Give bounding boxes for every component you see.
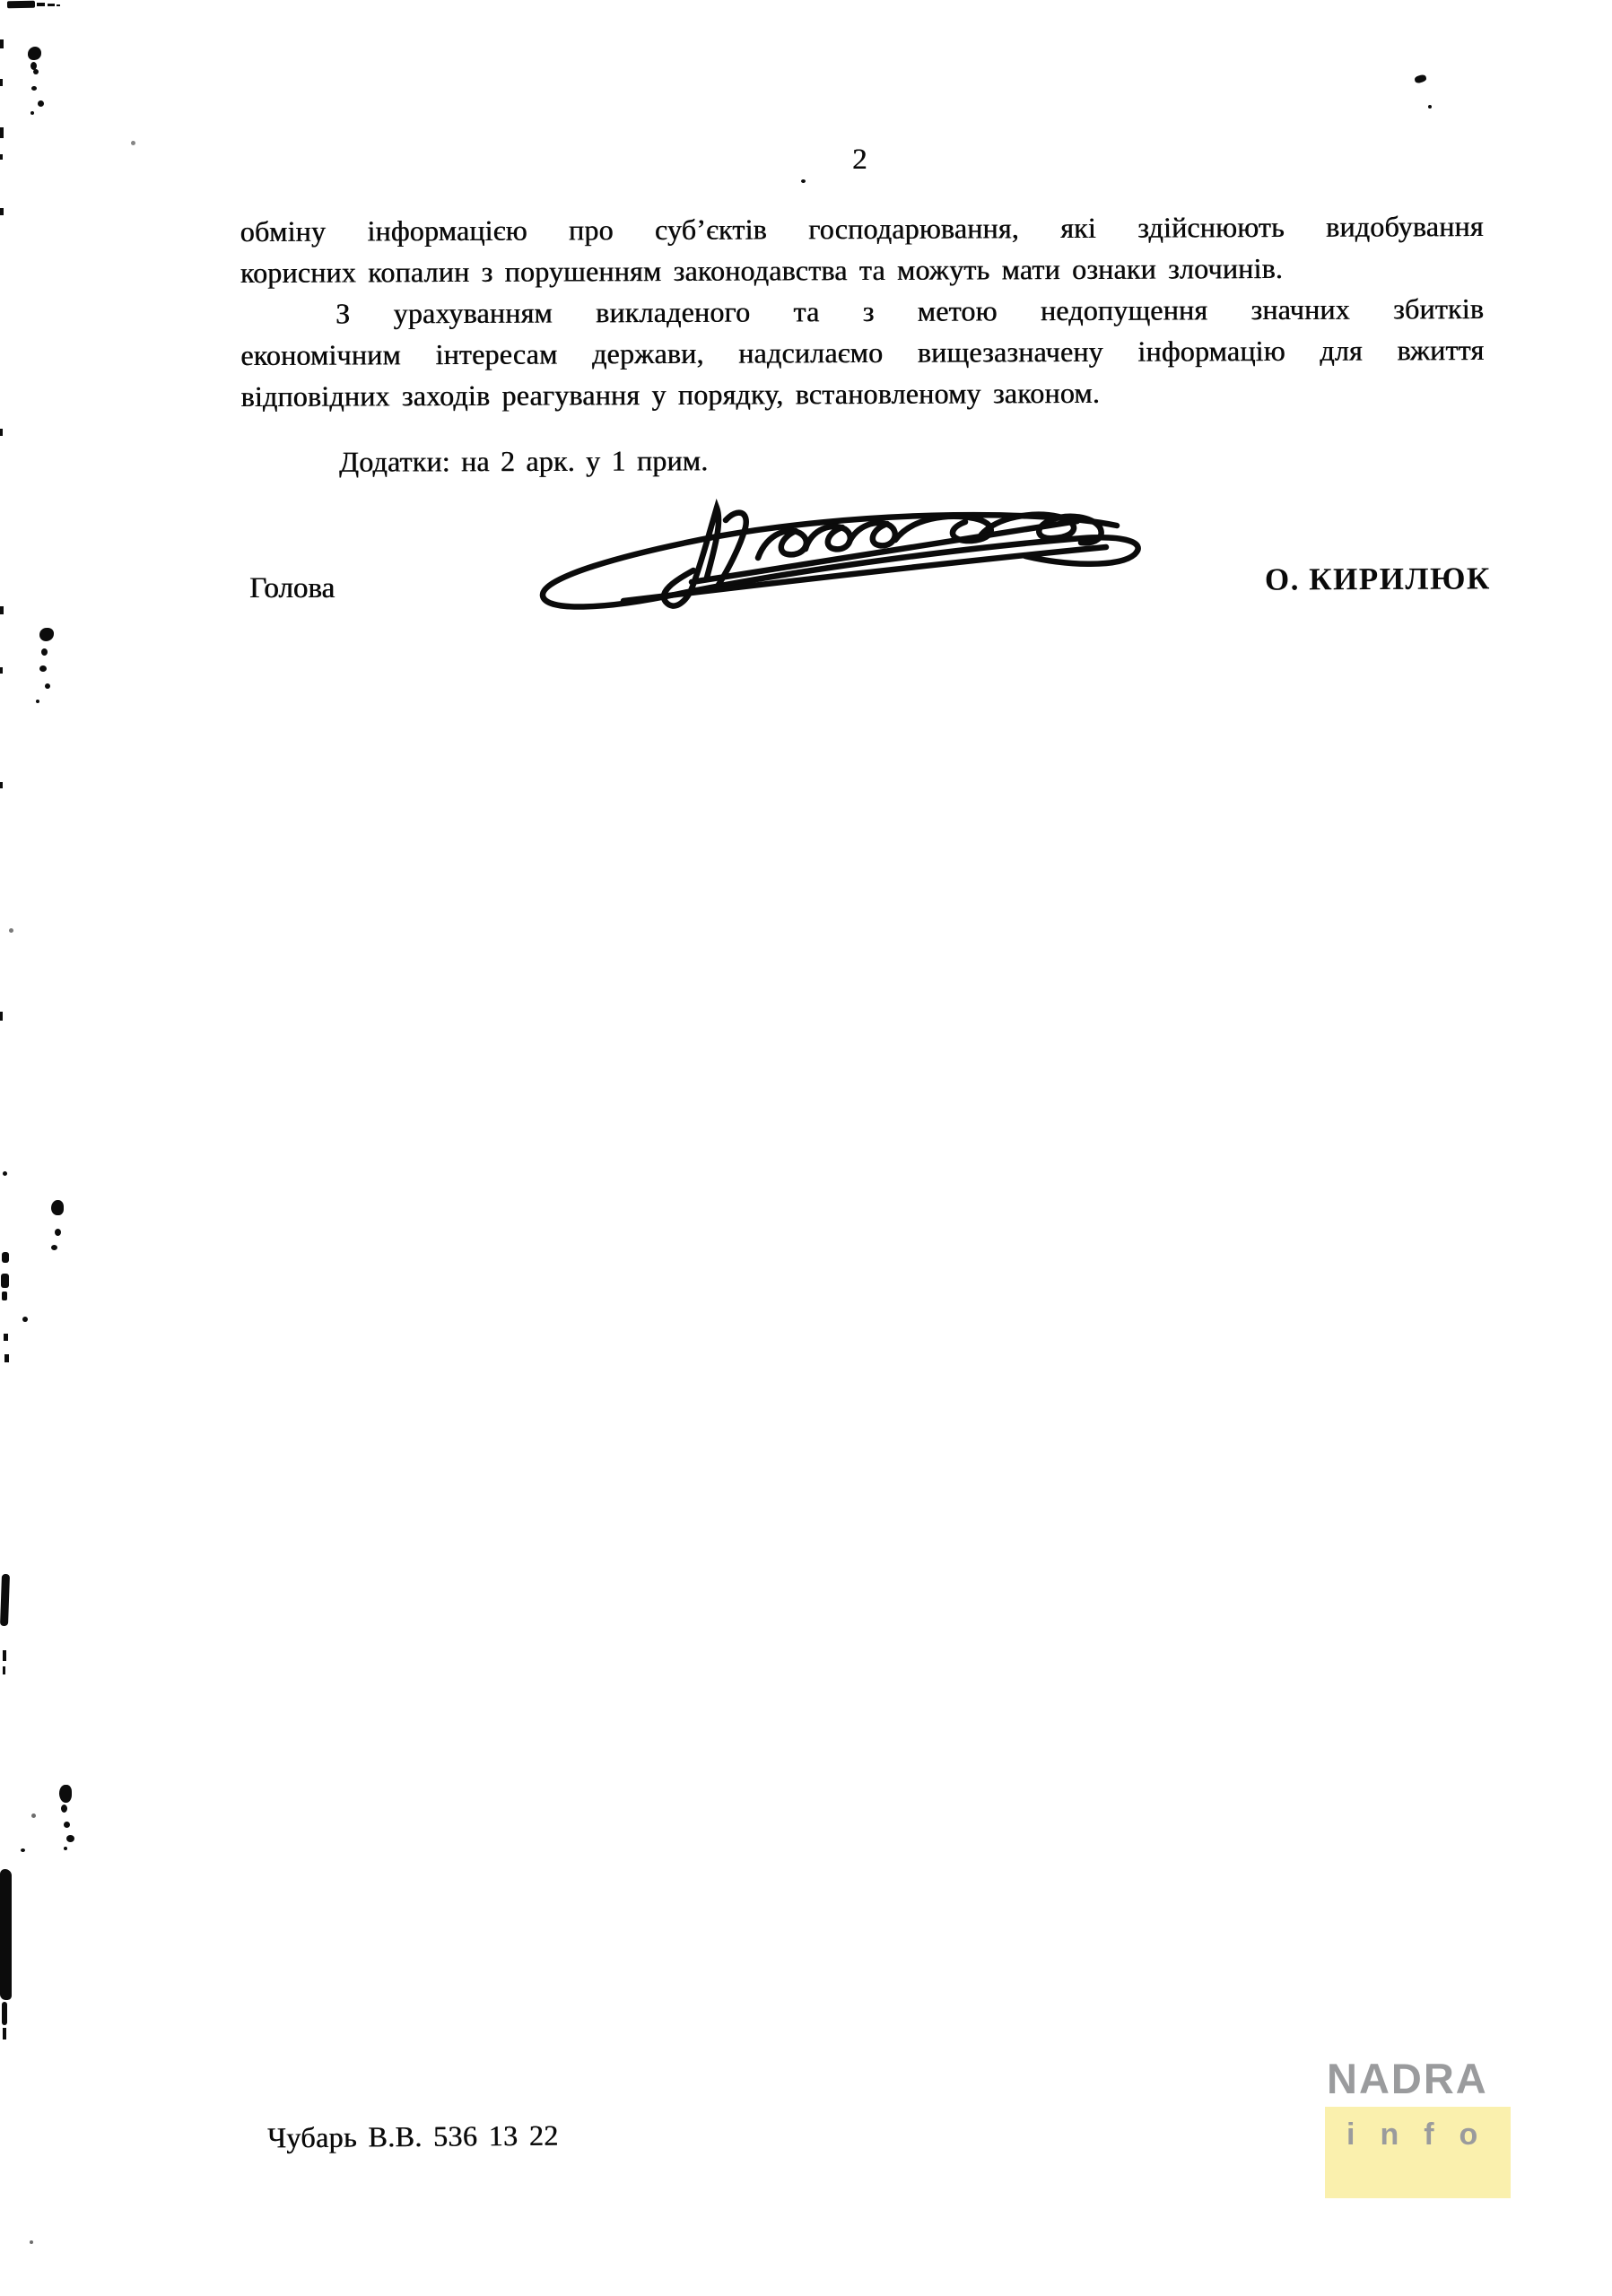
scan-artifact — [1414, 74, 1427, 83]
scan-artifact — [0, 606, 4, 614]
scan-artifact — [0, 1012, 3, 1021]
scan-artifact — [37, 3, 45, 6]
scanned-document-page: 2 обміну інформацією про суб’єктів госпо… — [0, 0, 1612, 2296]
scan-artifact — [801, 179, 806, 183]
scan-artifact — [0, 154, 3, 160]
paragraph2-line: З урахуванням викладеного та з метою нед… — [240, 288, 1484, 335]
scan-artifact — [55, 1229, 61, 1236]
scan-artifact — [0, 1574, 10, 1626]
scan-artifact — [7, 1, 35, 9]
scan-artifact — [31, 86, 37, 91]
signatory-name: О. КИРИЛЮК — [1265, 561, 1491, 597]
scan-artifact — [0, 667, 3, 674]
scan-artifact — [2, 2002, 7, 2025]
scan-artifact — [28, 47, 41, 60]
scan-artifact — [39, 665, 47, 672]
scan-artifact — [0, 429, 3, 436]
scan-artifact — [31, 1813, 36, 1818]
scan-artifact — [0, 39, 4, 48]
scan-artifact — [41, 648, 48, 656]
scan-artifact — [38, 100, 44, 107]
scan-artifact — [30, 111, 34, 115]
signatory-title: Голова — [249, 572, 335, 605]
executor-reference: Чубарь В.В. 536 13 22 — [267, 2119, 559, 2155]
scan-artifact — [0, 79, 3, 86]
scan-artifact — [48, 4, 55, 6]
nadra-info-watermark: NADRA info — [1325, 2057, 1515, 2198]
attachments-note: Додатки: на 2 арк. у 1 прим. — [339, 444, 708, 478]
document-body: обміну інформацією про суб’єктів господа… — [240, 205, 1485, 417]
scan-artifact — [1, 1274, 9, 1288]
page-number: 2 — [852, 143, 867, 177]
scan-artifact — [0, 1869, 12, 2000]
scan-artifact — [59, 1785, 72, 1803]
paragraph1-line: корисних копалин з порушенням законодавс… — [240, 247, 1484, 293]
handwritten-signature — [489, 491, 1180, 626]
scan-artifact — [4, 1334, 8, 1341]
scan-artifact — [4, 1354, 9, 1362]
scan-artifact — [57, 4, 60, 6]
scan-artifact — [3, 1171, 7, 1176]
paragraph2-line: відповідних заходів реагування у порядку… — [240, 370, 1484, 417]
scan-artifact — [0, 208, 4, 215]
paragraph2-line: економічним інтересам держави, надсилаєм… — [240, 329, 1484, 376]
scan-artifact — [22, 1317, 28, 1322]
scan-artifact — [0, 127, 4, 138]
scan-artifact — [131, 141, 135, 145]
scan-artifact — [66, 1835, 74, 1842]
scan-artifact — [3, 2028, 6, 2039]
scan-artifact — [33, 69, 39, 74]
scan-artifact — [30, 2240, 33, 2244]
scan-artifact — [39, 628, 54, 641]
scan-artifact — [51, 1200, 64, 1215]
scan-artifact — [21, 1848, 25, 1852]
nadra-logo-subtext: info — [1325, 2107, 1511, 2150]
scan-artifact — [2, 1291, 7, 1300]
scan-artifact — [36, 700, 39, 703]
scan-artifact — [3, 1650, 6, 1661]
scan-artifact — [61, 1805, 67, 1813]
scan-artifact — [2, 1252, 9, 1263]
scan-artifact — [1428, 105, 1432, 109]
scan-artifact — [0, 782, 3, 788]
nadra-logo-box: info — [1325, 2107, 1511, 2198]
scan-artifact — [45, 683, 50, 689]
scan-artifact — [51, 1245, 57, 1250]
nadra-logo-text: NADRA — [1325, 2057, 1515, 2100]
scan-artifact — [64, 1822, 70, 1828]
paragraph1-line: обміну інформацією про суб’єктів господа… — [240, 205, 1484, 252]
scan-artifact — [3, 1666, 5, 1674]
scan-artifact — [9, 928, 13, 933]
scan-artifact — [64, 1847, 67, 1850]
